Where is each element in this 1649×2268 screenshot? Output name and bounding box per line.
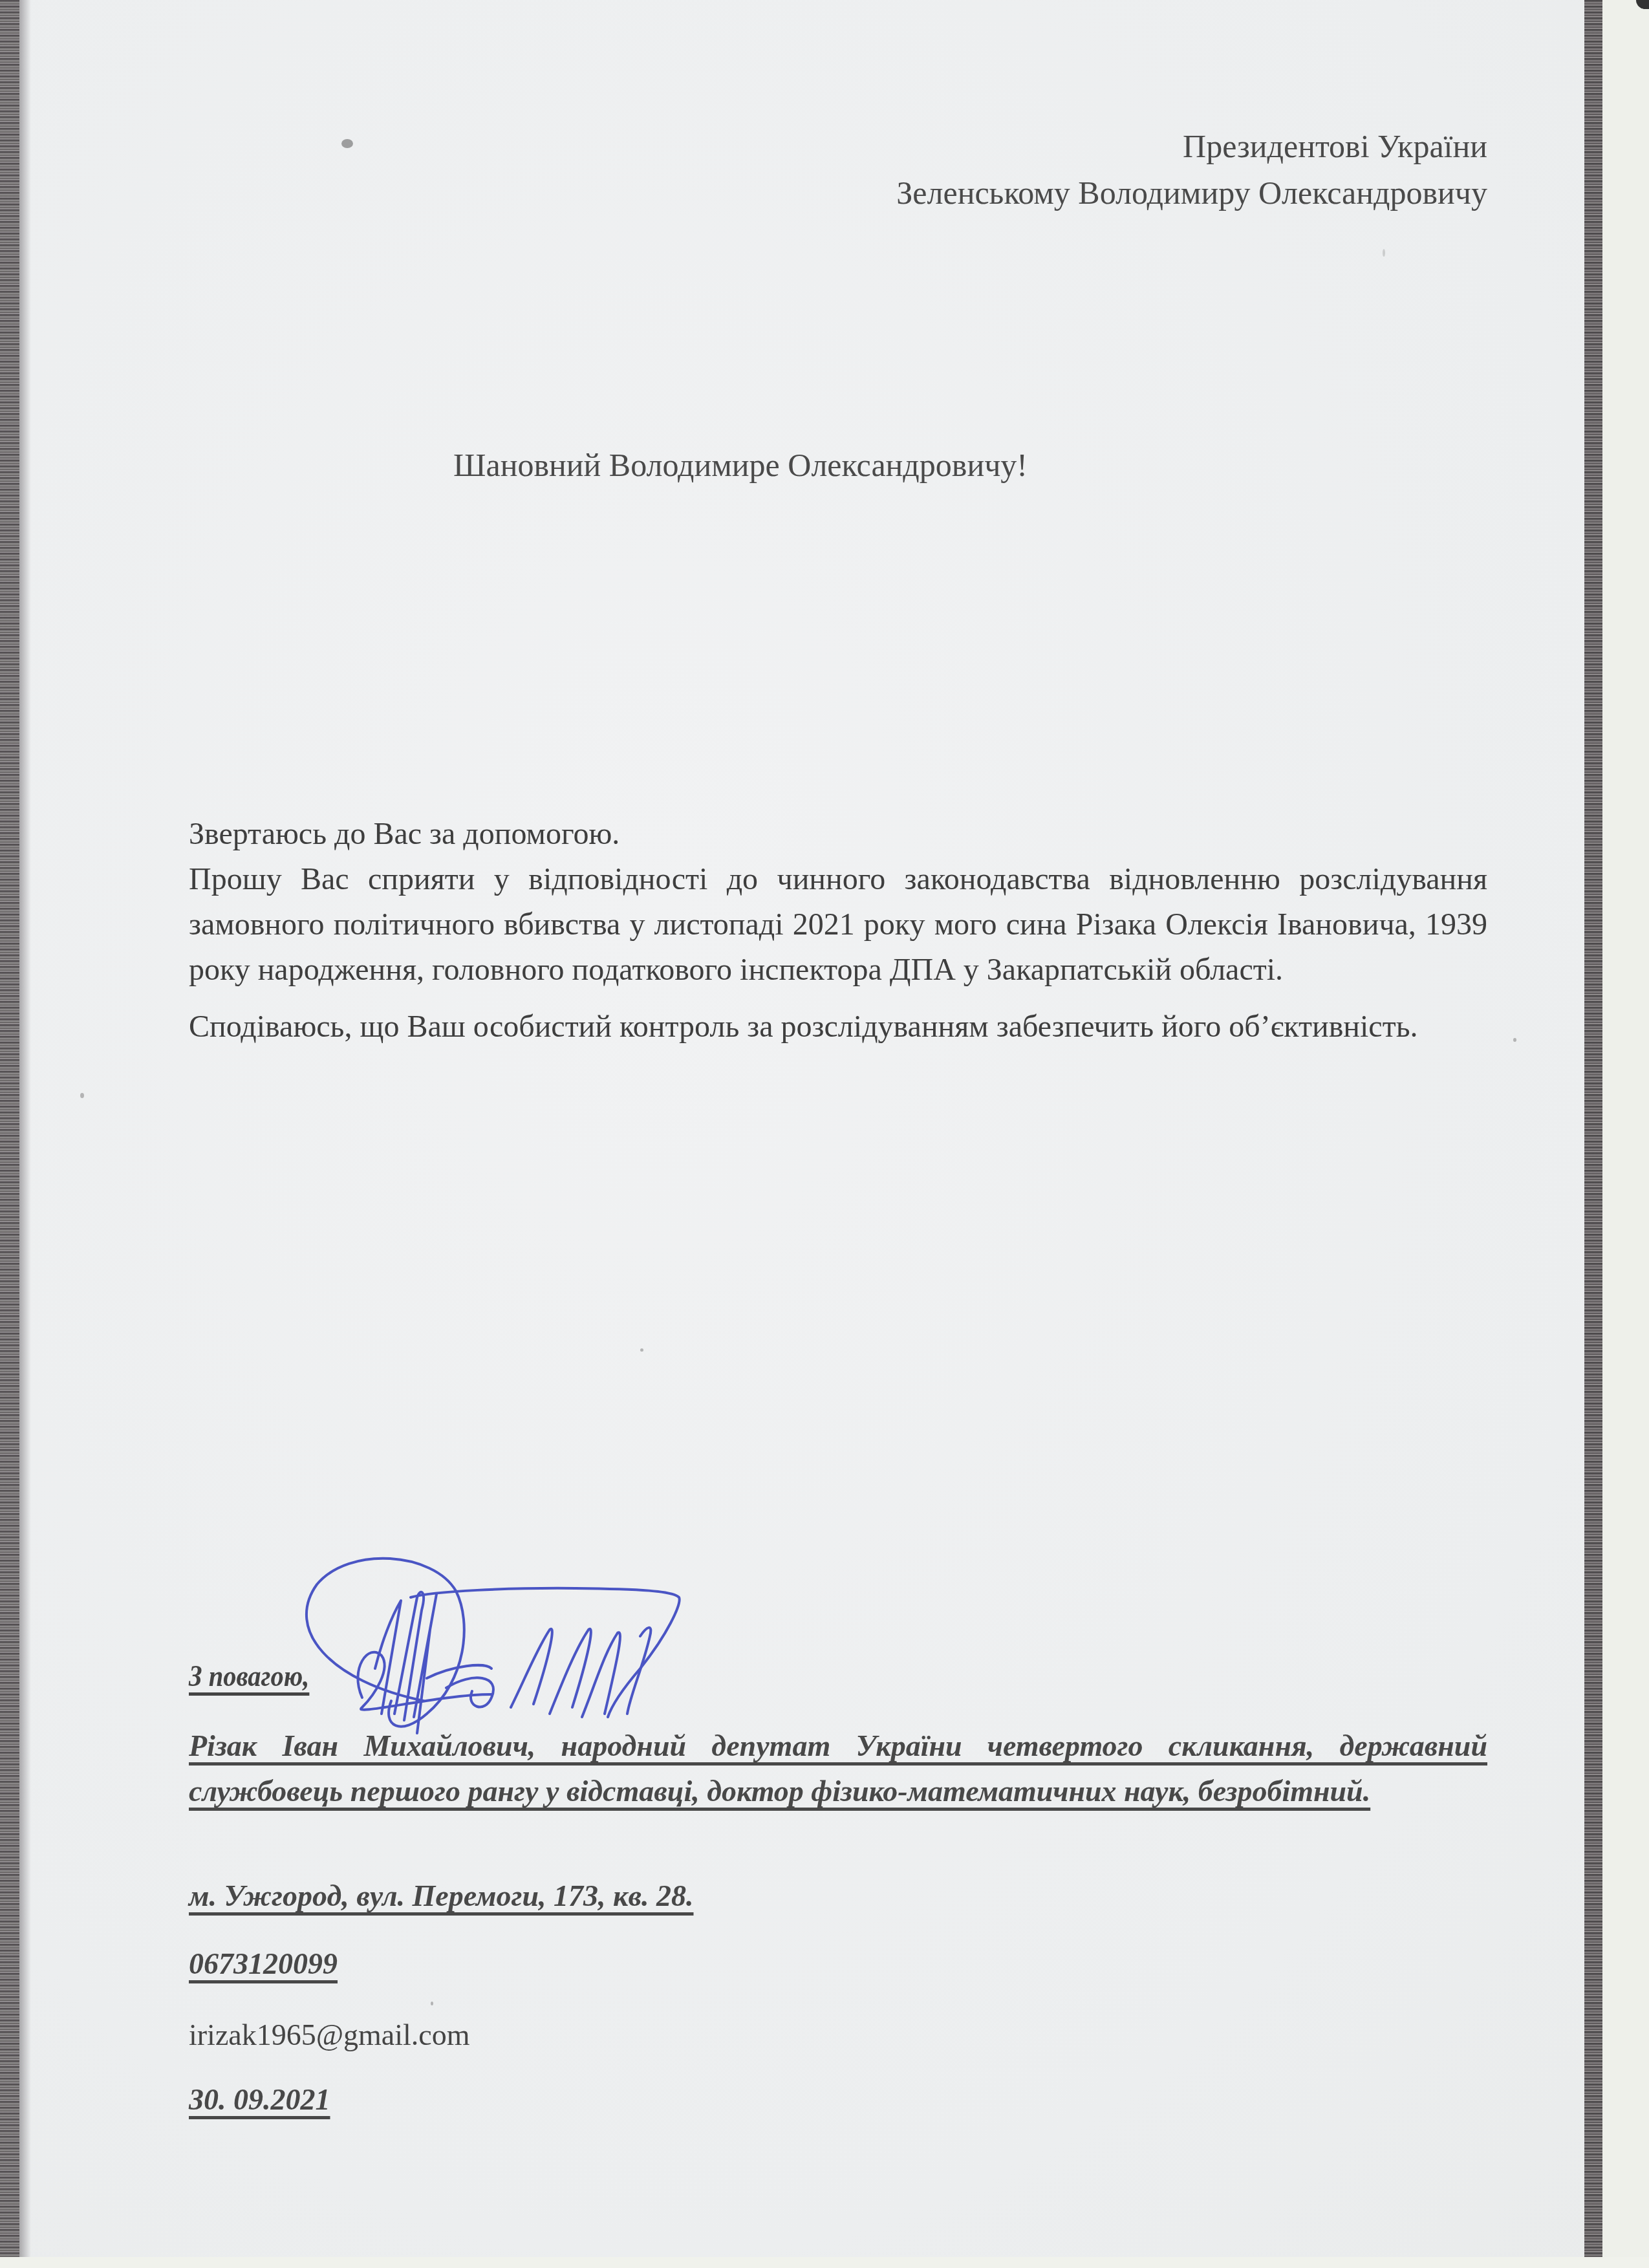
dust-speck <box>341 139 353 148</box>
body-paragraph-1: Звертаюсь до Вас за допомогою. <box>189 812 1487 857</box>
dust-speck <box>1513 1038 1516 1042</box>
body-paragraph-2: Прошу Вас сприяти у відповідності до чин… <box>189 857 1487 993</box>
handwritten-signature <box>278 1552 1080 1746</box>
signer-description: Різак Іван Михайлович, народний депутат … <box>189 1723 1487 1814</box>
dust-speck <box>1383 249 1385 257</box>
body-paragraph-3: Сподіваюсь, що Ваш особистий контроль за… <box>189 1004 1487 1050</box>
scanned-page: Президентові України Зеленському Володим… <box>0 0 1649 2268</box>
addressee-line-1: Президентові України <box>896 123 1487 169</box>
closing-phrase: З повагою, <box>189 1659 309 1693</box>
signer-address: м. Ужгород, вул. Перемоги, 173, кв. 28. <box>189 1879 693 1913</box>
scan-edge-left <box>0 0 19 2257</box>
scan-margin-right <box>1602 0 1649 2268</box>
letter-date: 30. 09.2021 <box>189 2082 330 2117</box>
signer-phone: 0673120099 <box>189 1947 338 1981</box>
salutation: Шановний Володимире Олександровичу! <box>0 446 1649 484</box>
dust-speck <box>431 2002 433 2005</box>
addressee-block: Президентові України Зеленському Володим… <box>896 123 1487 216</box>
scan-edge-right <box>1584 0 1602 2257</box>
letter-body: Звертаюсь до Вас за допомогою. Прошу Вас… <box>189 812 1487 1050</box>
signer-email: irizak1965@gmail.com <box>189 2018 470 2052</box>
scan-margin-bottom <box>0 2257 1649 2268</box>
dust-speck <box>80 1093 84 1098</box>
addressee-line-2: Зеленському Володимиру Олександровичу <box>896 169 1487 216</box>
dust-speck <box>640 1348 643 1352</box>
